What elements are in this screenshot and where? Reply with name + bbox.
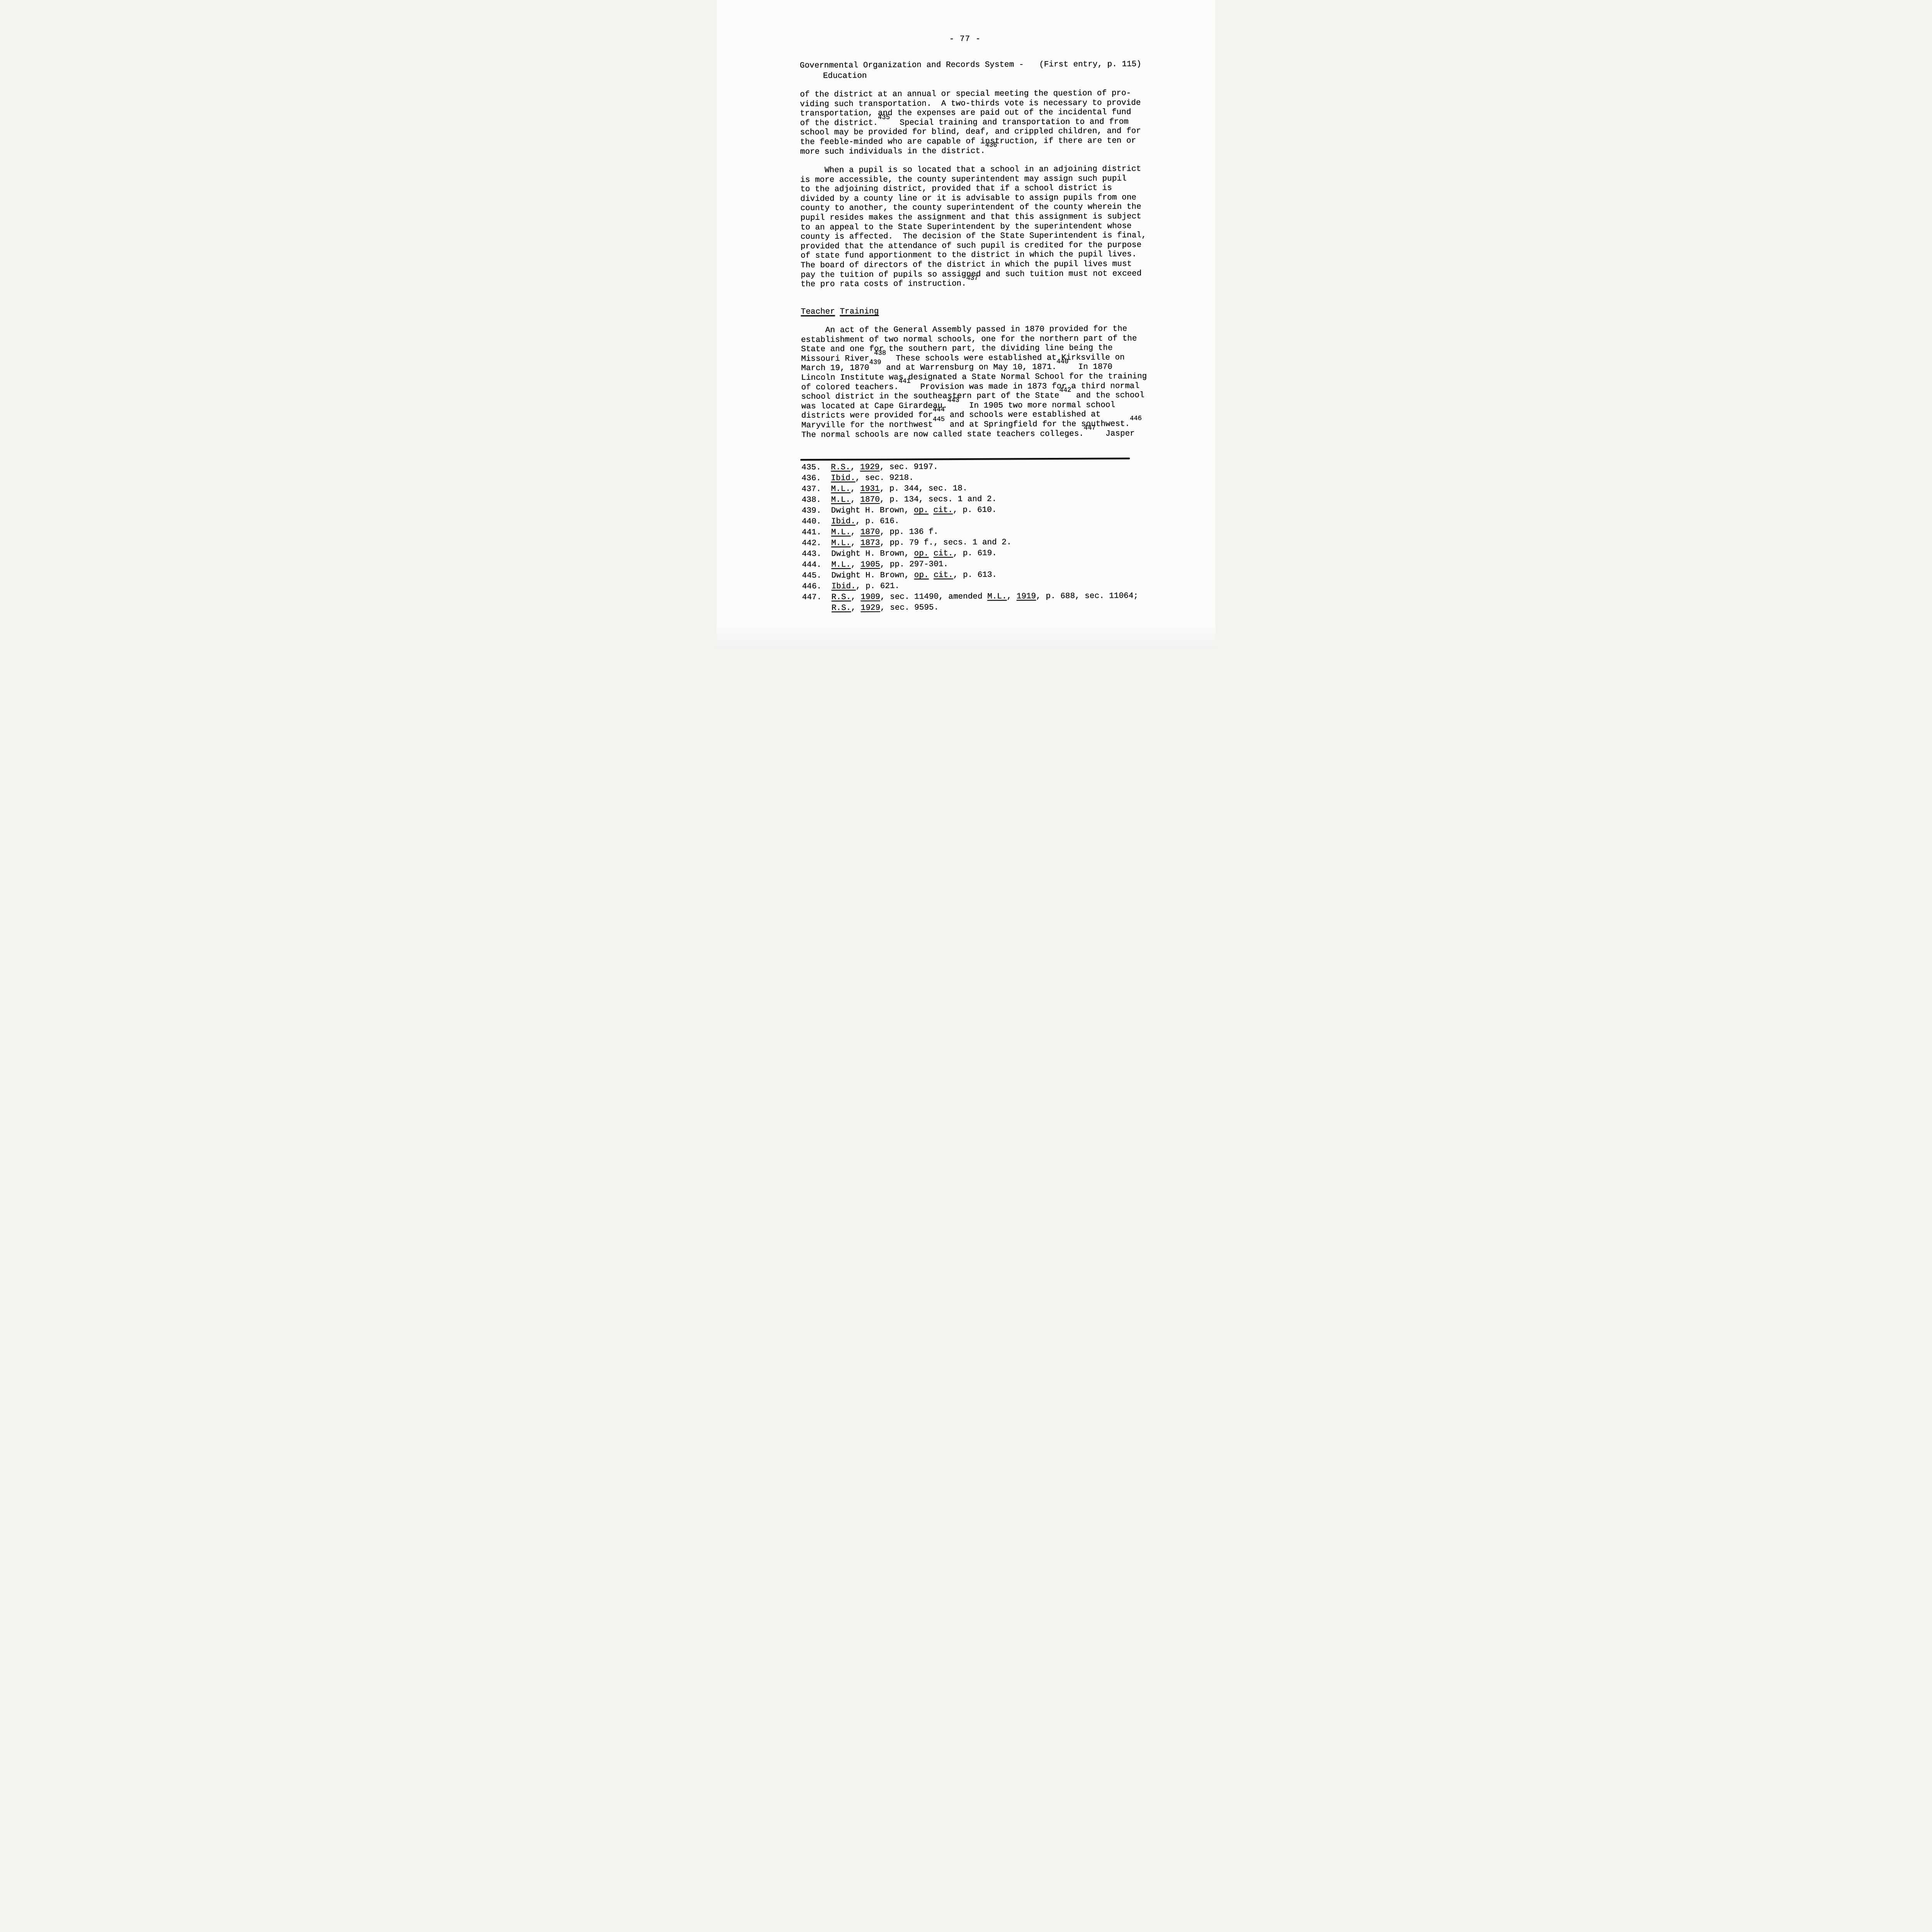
footnote-number: 442.: [802, 538, 831, 549]
footnote-item: 444. M.L., 1905, pp. 297-301.: [802, 558, 1150, 571]
header-title: Governmental Organization and Records Sy…: [800, 60, 1024, 71]
footnote-number: 440.: [802, 517, 831, 527]
footnote-number: 444.: [802, 560, 831, 571]
footnote-item: 435. R.S., 1929, sec. 9197.: [801, 461, 1149, 473]
footnote-number: 446.: [802, 582, 832, 592]
footnote-text: M.L., 1870, p. 134, secs. 1 and 2.: [831, 493, 1150, 506]
footnote-number: 435.: [801, 463, 831, 473]
section-heading-teacher-training: Teacher Training: [801, 307, 879, 316]
footnote-item: 445. Dwight H. Brown, op. cit., p. 613.: [802, 569, 1150, 582]
footnote-text: M.L., 1873, pp. 79 f., secs. 1 and 2.: [831, 537, 1150, 549]
header-line: Governmental Organization and Records Sy…: [800, 59, 1141, 71]
footnote-number: 437.: [802, 484, 831, 495]
footnote-item: 436. Ibid., sec. 9218.: [801, 472, 1149, 484]
footnote-number: 438.: [802, 495, 831, 506]
footnote-number: 436.: [801, 473, 831, 484]
footnote-number: 443.: [802, 549, 831, 560]
footnote-item: 442. M.L., 1873, pp. 79 f., secs. 1 and …: [802, 537, 1150, 549]
footnote-text: M.L., 1870, pp. 136 f.: [831, 526, 1150, 538]
footnote-number: 447.: [802, 592, 832, 614]
footnote-text: R.S., 1929, sec. 9197.: [831, 461, 1149, 473]
scanned-text-layer: - 77 - Governmental Organization and Rec…: [717, 0, 1215, 649]
paragraph-transportation: of the district at an annual or special …: [800, 89, 1141, 157]
document-header: Governmental Organization and Records Sy…: [800, 59, 1141, 82]
footnote-item: 439. Dwight H. Brown, op. cit., p. 610.: [802, 504, 1150, 517]
header-entry-ref: (First entry, p. 115): [1039, 59, 1141, 70]
header-subtitle: Education: [800, 70, 1141, 82]
footnote-number: 439.: [802, 506, 831, 517]
footnote-text: Dwight H. Brown, op. cit., p. 619.: [831, 548, 1150, 560]
footnote-divider: [800, 457, 1130, 461]
footnote-item: 443. Dwight H. Brown, op. cit., p. 619.: [802, 548, 1150, 560]
footnote-text: M.L., 1931, p. 344, sec. 18.: [831, 483, 1150, 495]
footnote-text: Ibid., p. 616.: [831, 515, 1150, 527]
footnote-number: 445.: [802, 571, 832, 582]
footnote-list: 435. R.S., 1929, sec. 9197. 436. Ibid., …: [801, 461, 1150, 614]
paragraph-normal-schools: An act of the General Assembly passed in…: [801, 325, 1147, 440]
page-number: - 77 -: [717, 34, 1214, 45]
footnote-item: 447. R.S., 1909, sec. 11490, amended M.L…: [802, 591, 1150, 614]
footnote-item: 438. M.L., 1870, p. 134, secs. 1 and 2.: [802, 493, 1150, 506]
footnote-text: Dwight H. Brown, op. cit., p. 610.: [831, 504, 1150, 517]
paragraph-pupil-assignment: When a pupil is so located that a school…: [800, 165, 1146, 290]
document-page: - 77 - Governmental Organization and Rec…: [717, 0, 1215, 649]
footnote-text: M.L., 1905, pp. 297-301.: [831, 558, 1150, 571]
footnote-number: 441.: [802, 527, 831, 538]
footnote-text: Ibid., sec. 9218.: [831, 472, 1149, 484]
footnote-item: 437. M.L., 1931, p. 344, sec. 18.: [802, 483, 1150, 495]
footnote-text: Ibid., p. 621.: [832, 580, 1150, 592]
footnote-text: Dwight H. Brown, op. cit., p. 613.: [832, 569, 1150, 582]
footnote-item: 446. Ibid., p. 621.: [802, 580, 1150, 592]
footnote-item: 441. M.L., 1870, pp. 136 f.: [802, 526, 1150, 538]
footnote-text: R.S., 1909, sec. 11490, amended M.L., 19…: [832, 591, 1150, 614]
footnote-item: 440. Ibid., p. 616.: [802, 515, 1150, 527]
